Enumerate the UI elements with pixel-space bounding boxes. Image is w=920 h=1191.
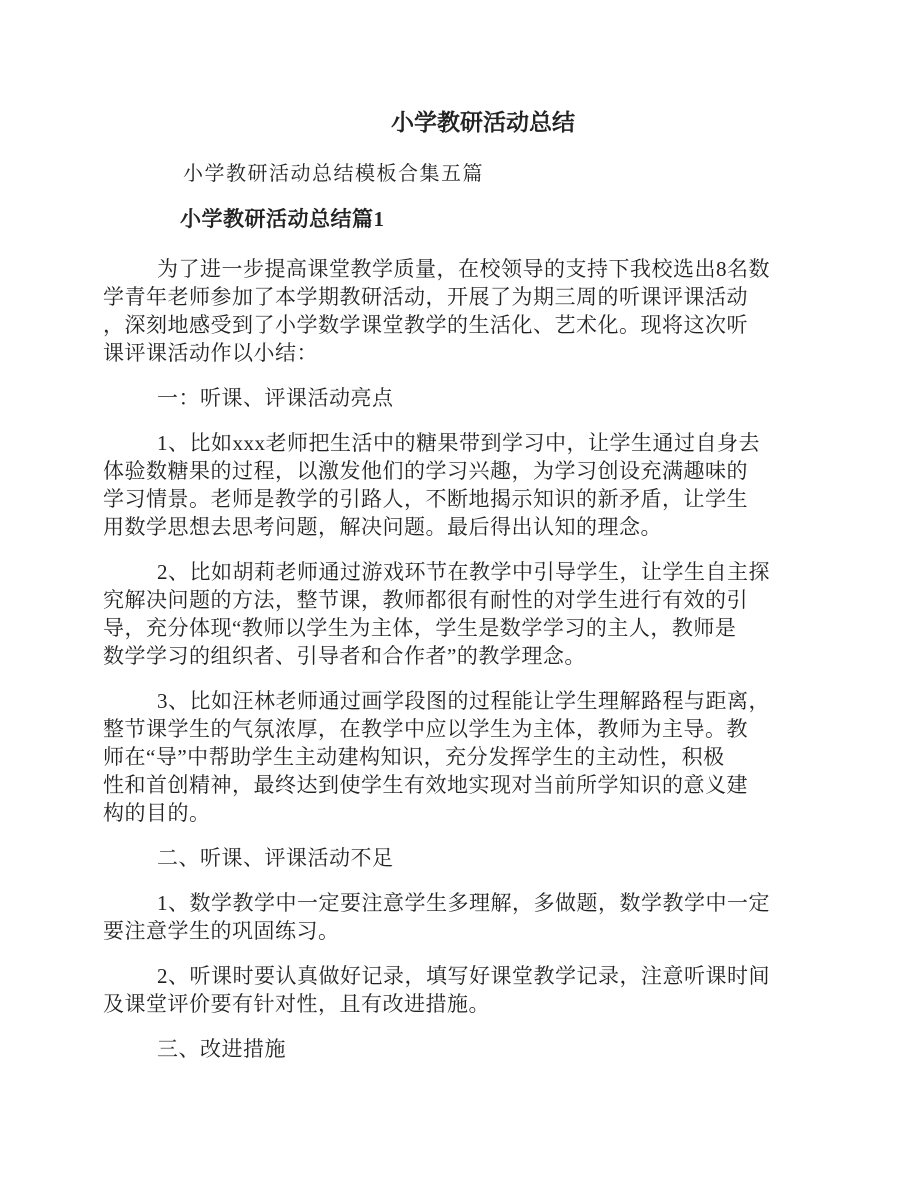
paragraph-shortcoming-2: 2、听课时要认真做好记录，填写好课堂教学记录，注意听课时间 及课堂评价要有针对性… [103,962,793,1018]
paragraph-highlight-1: 1、比如xxx老师把生活中的糖果带到学习中，让学生通过自身去 体验数糖果的过程，… [103,429,793,541]
section-heading-part1: 小学教研活动总结篇1 [103,205,793,233]
heading-shortcomings: 二、听课、评课活动不足 [103,844,793,872]
document-title: 小学教研活动总结 [103,108,793,138]
paragraph-highlight-2: 2、比如胡莉老师通过游戏环节在教学中引导学生，让学生自主探 究解决问题的方法，整… [103,558,793,670]
heading-improvements: 三、改进措施 [103,1035,793,1063]
document-page: 小学教研活动总结 小学教研活动总结模板合集五篇 小学教研活动总结篇1 为了进一步… [0,0,920,1191]
document-subtitle: 小学教研活动总结模板合集五篇 [103,160,793,188]
paragraph-highlight-3: 3、比如汪林老师通过画学段图的过程能让学生理解路程与距离， 整节课学生的气氛浓厚… [103,687,793,827]
paragraph-intro: 为了进一步提高课堂教学质量，在校领导的支持下我校选出8名数 学青年老师参加了本学… [103,255,793,367]
heading-highlights: 一：听课、评课活动亮点 [103,384,793,412]
paragraph-shortcoming-1: 1、数学教学中一定要注意学生多理解，多做题，数学教学中一定 要注意学生的巩固练习… [103,889,793,945]
